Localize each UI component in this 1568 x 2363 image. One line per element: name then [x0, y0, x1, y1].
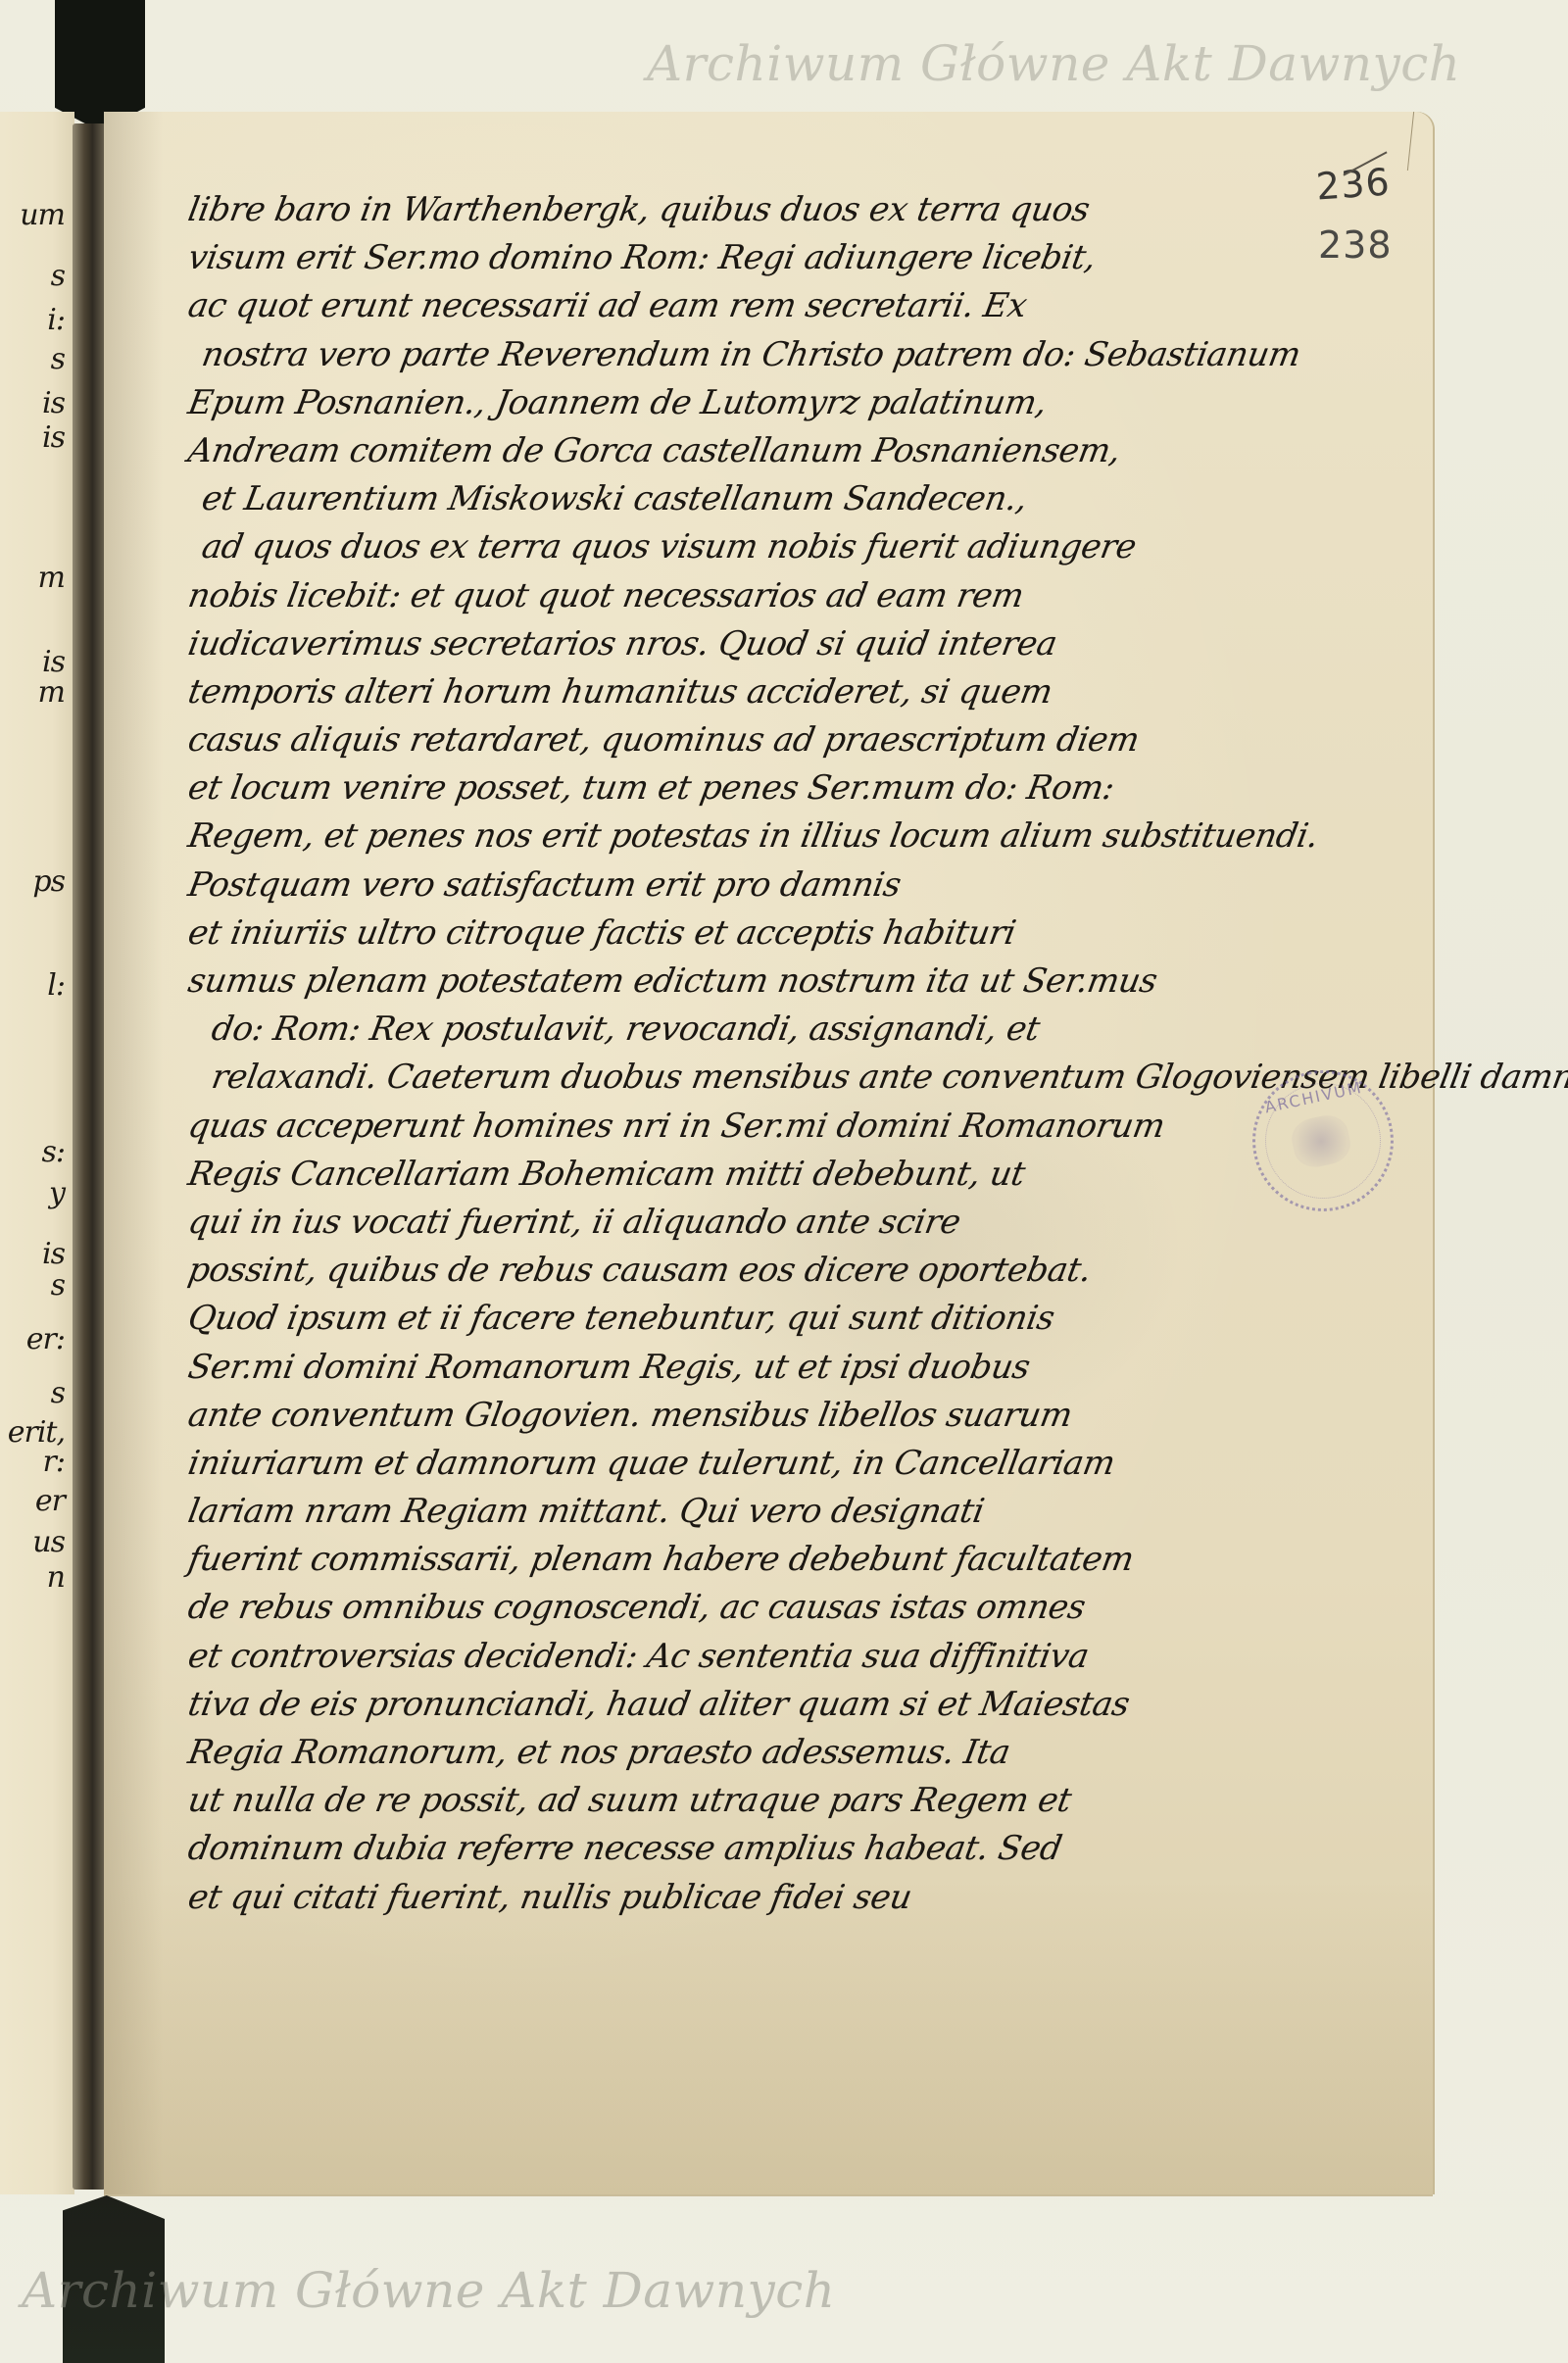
manuscript-line: ante conventum Glogovien. mensibus libel… [184, 1392, 1291, 1440]
manuscript-line: et controversias decidendi: Ac sententia… [184, 1633, 1291, 1681]
manuscript-line: do: Rom: Rex postulavit, revocandi, assi… [184, 1006, 1291, 1054]
previous-page-fragment: y [49, 1176, 65, 1210]
manuscript-line: et iniuriis ultro citroque factis et acc… [184, 910, 1291, 958]
manuscript-line: ut nulla de re possit, ad suum utraque p… [184, 1777, 1291, 1825]
previous-page-fragment: us [32, 1525, 65, 1559]
manuscript-line: ac quot erunt necessarii ad eam rem secr… [184, 282, 1291, 330]
book-gutter [73, 123, 106, 2190]
manuscript-line: Quod ipsum et ii facere tenebuntur, qui … [184, 1295, 1291, 1343]
folio-number-old: 236 [1315, 160, 1392, 208]
manuscript-line: tiva de eis pronunciandi, haud aliter qu… [184, 1681, 1291, 1729]
manuscript-line: de rebus omnibus cognoscendi, ac causas … [184, 1584, 1291, 1632]
corner-fold [1407, 112, 1422, 171]
manuscript-line: casus aliquis retardaret, quominus ad pr… [184, 716, 1291, 764]
previous-page-fragment: s [51, 1268, 65, 1303]
manuscript-line: relaxandi. Caeterum duobus mensibus ante… [184, 1054, 1291, 1102]
previous-page-fragment: s [51, 259, 65, 293]
manuscript-line: Regem, et penes nos erit potestas in ill… [184, 812, 1291, 861]
archive-watermark-bottom: Archiwum Główne Akt Dawnych [22, 2262, 836, 2319]
manuscript-line: ad quos duos ex terra quos visum nobis f… [184, 523, 1291, 571]
manuscript-line: Andream comitem de Gorca castellanum Pos… [184, 427, 1291, 475]
manuscript-line: nostra vero parte Reverendum in Christo … [184, 331, 1291, 379]
previous-page-fragment: er: [26, 1322, 65, 1356]
manuscript-line: sumus plenam potestatem edictum nostrum … [184, 958, 1291, 1006]
previous-page-fragment: is [42, 1237, 65, 1271]
previous-page-fragment: m [38, 561, 65, 595]
manuscript-line: libre baro in Warthenbergk, quibus duos … [184, 186, 1291, 234]
previous-page-fragment: m [38, 675, 65, 710]
previous-page-fragment: s [51, 1376, 65, 1410]
manuscript-line: Postquam vero satisfactum erit pro damni… [184, 862, 1291, 910]
previous-page-fragment: um [20, 198, 65, 232]
manuscript-line: iniuriarum et damnorum quae tulerunt, in… [184, 1440, 1291, 1488]
manuscript-line: temporis alteri horum humanitus accidere… [184, 668, 1291, 716]
manuscript-line: dominum dubia referre necesse amplius ha… [184, 1825, 1291, 1873]
folio-number-current: 238 [1318, 223, 1393, 267]
manuscript-line: et locum venire posset, tum et penes Ser… [184, 764, 1291, 812]
manuscript-line: possint, quibus de rebus causam eos dice… [184, 1247, 1291, 1295]
previous-page-fragment: i: [47, 303, 65, 337]
previous-page-fragment: er [35, 1484, 65, 1518]
manuscript-line: Regis Cancellariam Bohemicam mitti debeb… [184, 1151, 1291, 1199]
manuscript-line: Ser.mi domini Romanorum Regis, ut et ips… [184, 1344, 1291, 1392]
manuscript-line: quas acceperunt homines nri in Ser.mi do… [184, 1103, 1291, 1151]
previous-page-fragment: l: [47, 968, 65, 1003]
manuscript-line: et Laurentium Miskowski castellanum Sand… [184, 475, 1291, 523]
manuscript-line: visum erit Ser.mo domino Rom: Regi adiun… [184, 234, 1291, 282]
previous-page-fragment: is [42, 420, 65, 455]
previous-page-fragment: is [42, 386, 65, 420]
archive-watermark-top: Archiwum Główne Akt Dawnych [647, 35, 1461, 92]
previous-page-text-fragments: umsi:sisismismpsl:s:yisser:serit,r:erusn [0, 112, 71, 2194]
previous-page-fragment: s: [41, 1135, 65, 1169]
manuscript-line: lariam nram Regiam mittant. Qui vero des… [184, 1488, 1291, 1536]
previous-page-fragment: r: [43, 1445, 65, 1479]
manuscript-line: qui in ius vocati fuerint, ii aliquando … [184, 1199, 1291, 1247]
manuscript-text-block: libre baro in Warthenbergk, quibus duos … [184, 186, 1282, 1922]
manuscript-line: iudicaverimus secretarios nros. Quod si … [184, 620, 1291, 668]
manuscript-line: et qui citati fuerint, nullis publicae f… [184, 1874, 1291, 1922]
manuscript-line: Epum Posnanien., Joannem de Lutomyrz pal… [184, 379, 1291, 427]
manuscript-line: fuerint commissarii, plenam habere debeb… [184, 1536, 1291, 1584]
previous-page-fragment: s [51, 342, 65, 376]
previous-page-fragment: n [47, 1560, 65, 1595]
previous-page-fragment: is [42, 645, 65, 679]
manuscript-line: nobis licebit: et quot quot necessarios … [184, 572, 1291, 620]
manuscript-line: Regia Romanorum, et nos praesto adessemu… [184, 1729, 1291, 1777]
previous-page-fragment: ps [32, 864, 65, 899]
